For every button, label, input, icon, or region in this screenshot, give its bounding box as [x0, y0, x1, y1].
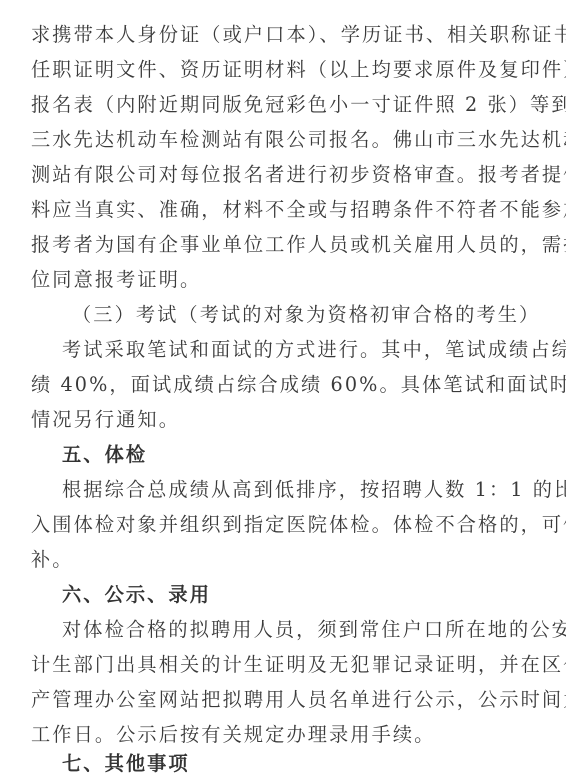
paragraph-line: 求携带本人身份证（或户口本）、学历证书、相关职称证书、相关 — [31, 23, 539, 47]
paragraph-line: 测站有限公司对每位报名者进行初步资格审查。报考者提供的资 — [31, 163, 539, 187]
section-heading: 七、其他事项 — [62, 752, 539, 776]
paragraph-line: 计生部门出具相关的计生证明及无犯罪记录证明，并在区公有资 — [31, 653, 539, 677]
section-subheading: （三）考试（考试的对象为资格初审合格的考生） — [72, 303, 566, 327]
paragraph-line: 对体检合格的拟聘用人员，须到常住户口所在地的公安局和 — [62, 618, 539, 642]
paragraph-line: 工作日。公示后按有关规定办理录用手续。 — [31, 723, 539, 747]
paragraph-line: 情况另行通知。 — [31, 408, 539, 432]
paragraph-line: 报名表（内附近期同版免冠彩色小一寸证件照 2 张）等到佛山市 — [31, 93, 539, 117]
section-heading: 六、公示、录用 — [62, 583, 539, 607]
paragraph-line: 料应当真实、准确，材料不全或与招聘条件不符者不能参加考试。 — [31, 198, 539, 222]
paragraph-line: 根据综合总成绩从高到低排序，按招聘人数 1：1 的比例确定 — [62, 478, 539, 502]
paragraph-line: 补。 — [31, 548, 539, 572]
paragraph-line: 考试采取笔试和面试的方式进行。其中，笔试成绩占综合成 — [62, 338, 539, 362]
paragraph-line: 绩 40%，面试成绩占综合成绩 60%。具体笔试和面试时间根据报名 — [31, 373, 539, 397]
paragraph-line: 产管理办公室网站把拟聘用人员名单进行公示，公示时间为 5 个 — [31, 688, 539, 712]
paragraph-line: 三水先达机动车检测站有限公司报名。佛山市三水先达机动车检 — [31, 128, 539, 152]
paragraph-line: 报考者为国有企事业单位工作人员或机关雇用人员的，需提供单 — [31, 233, 539, 257]
section-heading: 五、体检 — [62, 443, 539, 467]
paragraph-line: 位同意报考证明。 — [31, 268, 539, 292]
paragraph-line: 入围体检对象并组织到指定医院体检。体检不合格的，可依序递 — [31, 513, 539, 537]
paragraph-line: 任职证明文件、资历证明材料（以上均要求原件及复印件）以及 — [31, 58, 539, 82]
document-page: 求携带本人身份证（或户口本）、学历证书、相关职称证书、相关 任职证明文件、资历证… — [0, 0, 566, 782]
